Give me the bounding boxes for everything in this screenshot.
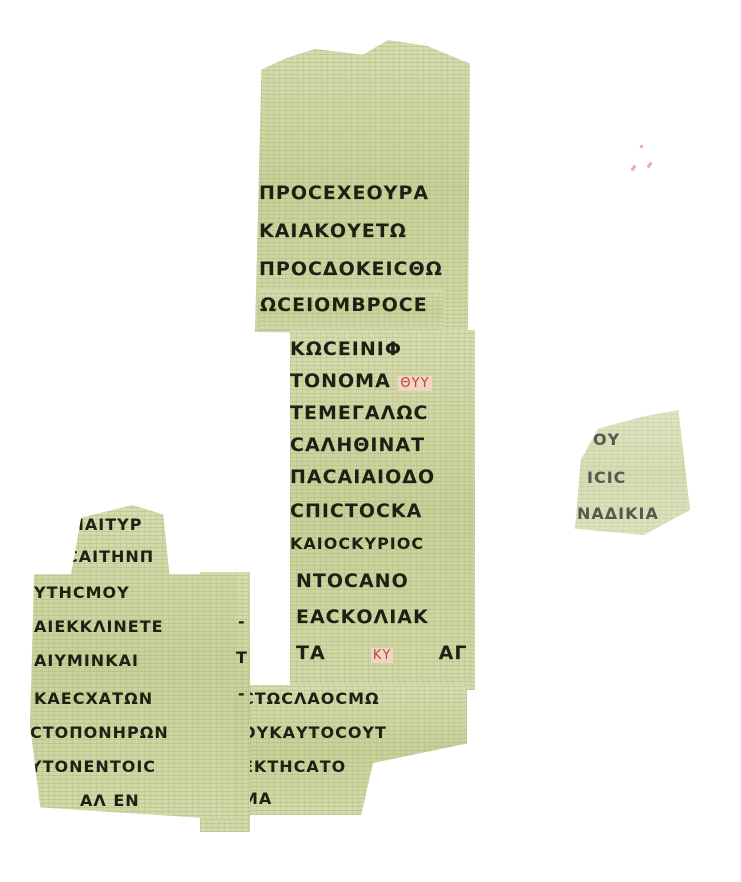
text-line: ΠΑCΑΙΑΙΟΔΟ (290, 466, 435, 488)
text-line: ΟΥΚΑΥΤΟCΟΥΤ (242, 723, 387, 742)
nomen-sacrum-rubric: ΚΥ (371, 648, 393, 663)
papyrus-fragment-left: ΜΑΙΤΥΡ CΑΙΤΗΝΠ ΥΤΗCΜΟΥ ΑΙΕΚΚΛΙΝΕΤΕ ΑΙΥΜΙ… (30, 505, 235, 820)
text-line: ΑΛ ΕΝ (80, 791, 140, 810)
text-line: ΕΑCΚΟΛΙΑΚ (296, 606, 429, 628)
text-line: ΟΥ (593, 430, 620, 449)
text-line: ΤΟΝΟΜΑ ΘΥΥ (290, 370, 432, 392)
text-line: CΤΟΠΟΝΗΡΩΝ (30, 723, 169, 742)
text-line: ΥΤΗCΜΟΥ (34, 583, 130, 602)
text-line: CΑΛΗΘΙΝΑΤ (290, 434, 425, 456)
text-line: ΩCΕΙΟΜΒΡΟCΕ (260, 294, 428, 316)
text-line: ΜΑΙΤΥΡ (68, 515, 142, 534)
text-line: ΠΡΟCΕΧΕΟΥΡΑ (259, 182, 429, 204)
text-line: ΥΤΟΝΕΝΤΟΙC (30, 757, 156, 776)
text-line: ΤΕΜΕΓΑΛΩC (290, 402, 428, 424)
text-line: ΑΙΥΜΙΝΚΑΙ (34, 651, 139, 670)
papyrus-fragment-main-lower: CΤΩCΛΑΟCΜΩ ΟΥΚΑΥΤΟCΟΥΤ ΕΚΤΗCΑΤΟ ΜΑ (232, 685, 467, 815)
text-line: CΤΩCΛΑΟCΜΩ (242, 689, 380, 708)
text-segment: ΤΟΝΟΜΑ (290, 370, 391, 392)
text-line: ΙCΙC (587, 468, 626, 487)
text-line: CΑΙΤΗΝΠ (66, 547, 154, 566)
text-line: ΤΑ ΚΥ ΑΓ (296, 642, 467, 664)
text-line: ΚΑΕCΧΑΤΩΝ (34, 689, 153, 708)
nomen-sacrum-rubric: ΘΥΥ (398, 376, 431, 391)
text-line: ΑΙΕΚΚΛΙΝΕΤΕ (34, 617, 164, 636)
text-mark: Τ (236, 648, 248, 667)
text-line: ΚΑΙΟCΚΥΡΙΟC (290, 534, 424, 553)
text-line: ΕΚΤΗCΑΤΟ (242, 757, 346, 776)
papyrus-fragment-right: ΟΥ ΙCΙC ΝΑΔΙΚΙΑ (575, 410, 690, 535)
papyrus-fragment-main-upper-tail: ΩCΕΙΟΜΒΡΟCΕ (258, 290, 443, 330)
faint-ink-mark (631, 165, 637, 172)
text-line: ΚΩCΕΙΝΙΦ (290, 338, 402, 360)
text-mark: - (238, 684, 246, 703)
text-line: ΠΡΟCΔΟΚΕΙCΘΩ (259, 258, 443, 280)
text-line: CΠΙCΤΟCΚΑ (290, 500, 422, 522)
text-mark: - (238, 612, 246, 631)
text-line: ΝΑΔΙΚΙΑ (577, 504, 659, 523)
faint-ink-mark (647, 162, 653, 169)
faint-ink-mark (639, 144, 643, 148)
text-segment: ΑΓ (439, 642, 468, 664)
papyrus-fragment-main-middle: ΚΩCΕΙΝΙΦ ΤΟΝΟΜΑ ΘΥΥ ΤΕΜΕΓΑΛΩC CΑΛΗΘΙΝΑΤ … (290, 330, 475, 690)
text-line: ΝΤΟCΑΝΟ (296, 570, 409, 592)
text-segment: ΤΑ (296, 642, 326, 664)
text-line: ΚΑΙΑΚΟΥΕΤΩ (259, 220, 407, 242)
